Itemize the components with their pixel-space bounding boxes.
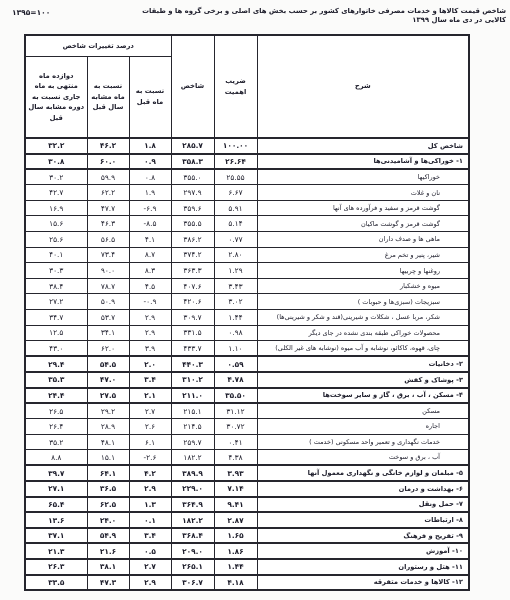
cell-description: سبزیجات (سبزی‌ها و حبوبات )	[257, 294, 469, 310]
table-row: ۴- مسکن ، آب ، برق ، گاز و سایر سوخت‌ها …	[25, 388, 469, 404]
cell-weight: ۳.۹۳	[214, 465, 257, 481]
table-row: ۳- پوشاک و کفش ۴.۷۸ ۳۱۰.۲ ۳.۴ ۴۷.۰ ۳۵.۳	[25, 372, 469, 388]
cell-index: ۳۸۹.۹	[171, 465, 214, 481]
cell-description: ماهی ها و صدف داران	[257, 232, 469, 248]
cell-vs-previous-month: ۶.۱	[129, 434, 171, 450]
table-row: خوراکیها ۲۵.۵۵ ۳۵۵.۰ ۰.۸ ۵۹.۹ ۳۰.۲	[25, 169, 469, 185]
cell-twelve-month-average: ۳۵.۲	[25, 434, 87, 450]
cell-twelve-month-average: ۳۴.۷	[25, 310, 87, 326]
cell-description: چای، قهوه، کاکائو، نوشابه و آب میوه (نوش…	[257, 341, 469, 357]
cell-vs-previous-month: -۶.۹	[129, 200, 171, 216]
cell-weight: ۱.۶۵	[214, 528, 257, 544]
table-row: ۷- حمل ونقل ۹.۴۱ ۳۶۴.۹ ۱.۳ ۶۲.۵ ۶۵.۴	[25, 497, 469, 513]
cell-twelve-month-average: ۳۵.۳	[25, 372, 87, 388]
table-row: ۲- دخانیات ۰.۵۹ ۴۴۰.۳ ۲.۰ ۵۴.۵ ۲۹.۴	[25, 356, 469, 372]
cell-description: ۴- مسکن ، آب ، برق ، گاز و سایر سوخت‌ها	[257, 388, 469, 404]
cell-weight: ۴.۷۸	[214, 372, 257, 388]
cell-vs-previous-month: ۲.۹	[129, 481, 171, 497]
cell-description: خوراکیها	[257, 169, 469, 185]
cell-weight: ۴.۳۸	[214, 450, 257, 466]
cell-twelve-month-average: ۴۲.۷	[25, 185, 87, 201]
cell-description: ۳- پوشاک و کفش	[257, 372, 469, 388]
cell-description: شیر، پنیر و تخم مرغ	[257, 247, 469, 263]
cell-description: محصولات خوراکی طبقه بندی نشده در جای دیگ…	[257, 325, 469, 341]
cell-weight: ۰.۵۹	[214, 356, 257, 372]
cell-index: ۲۱۱.۰	[171, 388, 214, 404]
cell-description: ۱۲- کالاها و خدمات متفرقه	[257, 575, 469, 591]
col-header-index: شاخص	[171, 35, 214, 138]
cell-weight: ۲.۸۷	[214, 512, 257, 528]
cell-description: ۶- بهداشت و درمان	[257, 481, 469, 497]
cell-vs-same-month-last-year: ۳۸.۱	[87, 559, 129, 575]
cell-weight: ۰.۹۸	[214, 325, 257, 341]
base-year-note: ۱۳۹۵=۱۰۰	[12, 8, 50, 17]
cell-vs-previous-month: ۲.۷	[129, 559, 171, 575]
cell-weight: ۳۱.۱۲	[214, 403, 257, 419]
cell-vs-same-month-last-year: ۷۳.۴	[87, 247, 129, 263]
col-header-vs-same-month-last-year: نسبت به ماه مشابه سال قبل	[87, 57, 129, 139]
document-sheet: شاخص قیمت کالاها و خدمات مصرفی خانوارهای…	[0, 0, 510, 600]
cell-index: ۱۸۲.۲	[171, 512, 214, 528]
cell-vs-previous-month: ۲.۱	[129, 388, 171, 404]
cell-vs-previous-month: ۲.۹	[129, 310, 171, 326]
table-row: شاخص کل ۱۰۰.۰۰ ۲۸۵.۷ ۱.۸ ۴۶.۲ ۳۲.۲	[25, 138, 469, 154]
cell-description: روغنها و چربیها	[257, 263, 469, 279]
cell-description: شکر، مربا عسل ، شکلات و شیرینی(قند و شکر…	[257, 310, 469, 326]
cell-vs-previous-month: ۳.۴	[129, 372, 171, 388]
cell-vs-previous-month: ۴.۱	[129, 232, 171, 248]
cell-weight: ۲۶.۶۴	[214, 154, 257, 170]
table-row: خدمات نگهداری و تعمیر واحد مسکونی (خدمت …	[25, 434, 469, 450]
page-title: شاخص قیمت کالاها و خدمات مصرفی خانوارهای…	[131, 7, 506, 25]
cell-index: ۲۸۵.۷	[171, 138, 214, 154]
cell-vs-same-month-last-year: ۶۴.۱	[87, 465, 129, 481]
cell-weight: ۳.۴۳	[214, 278, 257, 294]
cell-twelve-month-average: ۳۰.۳	[25, 263, 87, 279]
cell-weight: ۳۵.۵۰	[214, 388, 257, 404]
cell-vs-previous-month: ۴.۵	[129, 278, 171, 294]
cell-vs-same-month-last-year: ۵۳.۷	[87, 310, 129, 326]
cell-vs-previous-month: ۱.۹	[129, 185, 171, 201]
cell-weight: ۳.۰۲	[214, 294, 257, 310]
table-row: مسکن ۳۱.۱۲ ۲۱۵.۱ ۲.۷ ۲۹.۲ ۲۶.۵	[25, 403, 469, 419]
cell-vs-same-month-last-year: ۲۷.۵	[87, 388, 129, 404]
cell-twelve-month-average: ۲۹.۴	[25, 356, 87, 372]
cell-vs-same-month-last-year: ۴۷.۰	[87, 372, 129, 388]
cell-vs-same-month-last-year: ۶۲.۲	[87, 185, 129, 201]
cell-description: ۹- تفریح و فرهنگ	[257, 528, 469, 544]
cell-twelve-month-average: ۲۴.۴	[25, 388, 87, 404]
table-row: شکر، مربا عسل ، شکلات و شیرینی(قند و شکر…	[25, 310, 469, 326]
cell-index: ۳۸۶.۲	[171, 232, 214, 248]
cell-description: گوشت قرمز و گوشت ماکیان	[257, 216, 469, 232]
cell-vs-same-month-last-year: ۵۰.۹	[87, 294, 129, 310]
table-row: شیر، پنیر و تخم مرغ ۲.۸۰ ۳۷۴.۲ ۸.۷ ۷۳.۴ …	[25, 247, 469, 263]
document-header: شاخص قیمت کالاها و خدمات مصرفی خانوارهای…	[12, 7, 506, 25]
cell-description: ۵- مبلمان و لوازم خانگی و نگهداری معمول …	[257, 465, 469, 481]
cell-description: میوه و خشکبار	[257, 278, 469, 294]
table-row: گوشت قرمز و گوشت ماکیان ۵.۱۴ ۳۵۵.۵ -۸.۵ …	[25, 216, 469, 232]
cell-description: ۲- دخانیات	[257, 356, 469, 372]
cell-vs-same-month-last-year: ۶۰.۰	[87, 154, 129, 170]
cell-vs-previous-month: ۴.۲	[129, 465, 171, 481]
table-row: سبزیجات (سبزی‌ها و حبوبات ) ۳.۰۲ ۴۲۰.۶ -…	[25, 294, 469, 310]
cell-vs-same-month-last-year: ۳۴.۱	[87, 325, 129, 341]
cell-vs-same-month-last-year: ۴۶.۳	[87, 216, 129, 232]
table-row: محصولات خوراکی طبقه بندی نشده در جای دیگ…	[25, 325, 469, 341]
col-header-description: شرح	[257, 35, 469, 138]
table-row: ۸- ارتباطات ۲.۸۷ ۱۸۲.۲ ۰.۱ ۲۴.۰ ۱۳.۶	[25, 512, 469, 528]
cell-vs-previous-month: ۲.۹	[129, 325, 171, 341]
cell-vs-previous-month: -۰.۹	[129, 294, 171, 310]
cell-vs-same-month-last-year: ۲۸.۹	[87, 419, 129, 435]
cell-vs-previous-month: ۸.۳	[129, 263, 171, 279]
cell-index: ۲۶۵.۱	[171, 559, 214, 575]
table-row: ۱۱- هتل و رستوران ۱.۴۴ ۲۶۵.۱ ۲.۷ ۳۸.۱ ۲۶…	[25, 559, 469, 575]
cell-vs-same-month-last-year: ۶۲.۵	[87, 497, 129, 513]
col-header-vs-previous-month: نسبت به ماه قبل	[129, 57, 171, 139]
cell-vs-previous-month: ۲.۹	[129, 575, 171, 591]
cell-vs-same-month-last-year: ۶۲.۰	[87, 341, 129, 357]
cell-vs-same-month-last-year: ۳۶.۵	[87, 481, 129, 497]
cell-vs-same-month-last-year: ۴۷.۷	[87, 200, 129, 216]
cell-weight: ۱.۴۴	[214, 559, 257, 575]
cell-twelve-month-average: ۲۷.۱	[25, 481, 87, 497]
cell-weight: ۵.۱۴	[214, 216, 257, 232]
cell-vs-same-month-last-year: ۲۹.۲	[87, 403, 129, 419]
cell-index: ۳۷۴.۲	[171, 247, 214, 263]
cell-vs-same-month-last-year: ۵۹.۹	[87, 169, 129, 185]
cell-description: ۷- حمل ونقل	[257, 497, 469, 513]
cell-twelve-month-average: ۳۹.۷	[25, 465, 87, 481]
cell-twelve-month-average: ۲۵.۶	[25, 232, 87, 248]
cell-twelve-month-average: ۲۱.۳	[25, 543, 87, 559]
cell-vs-previous-month: ۰.۸	[129, 169, 171, 185]
cell-twelve-month-average: ۴۰.۱	[25, 247, 87, 263]
cell-weight: ۲۵.۵۵	[214, 169, 257, 185]
table-body: شاخص کل ۱۰۰.۰۰ ۲۸۵.۷ ۱.۸ ۴۶.۲ ۳۲.۲ ۱- خو…	[25, 138, 469, 590]
cell-index: ۱۸۲.۲	[171, 450, 214, 466]
cell-vs-previous-month: ۱.۳	[129, 497, 171, 513]
cell-vs-same-month-last-year: ۴۶.۲	[87, 138, 129, 154]
cell-twelve-month-average: ۱۲.۵	[25, 325, 87, 341]
cell-index: ۲۱۴.۵	[171, 419, 214, 435]
col-header-weight: ضریب اهمیت	[214, 35, 257, 138]
cell-vs-previous-month: -۲.۶	[129, 450, 171, 466]
table-row: چای، قهوه، کاکائو، نوشابه و آب میوه (نوش…	[25, 341, 469, 357]
cell-twelve-month-average: ۱۵.۶	[25, 216, 87, 232]
cell-twelve-month-average: ۲۶.۳	[25, 559, 87, 575]
cell-twelve-month-average: ۲۶.۵	[25, 403, 87, 419]
cell-index: ۳۵۵.۰	[171, 169, 214, 185]
cell-twelve-month-average: ۳۰.۸	[25, 154, 87, 170]
cell-weight: ۱.۸۶	[214, 543, 257, 559]
col-group-header-percent-changes: درصد تغییرات شاخص	[25, 35, 171, 57]
cell-twelve-month-average: ۱۳.۶	[25, 512, 87, 528]
cell-twelve-month-average: ۳۲.۲	[25, 138, 87, 154]
cell-vs-same-month-last-year: ۲۴.۰	[87, 512, 129, 528]
cell-vs-previous-month: ۲.۶	[129, 419, 171, 435]
cell-index: ۳۱۰.۲	[171, 372, 214, 388]
table-row: اجاره ۳۰.۷۲ ۲۱۴.۵ ۲.۶ ۲۸.۹ ۲۶.۴	[25, 419, 469, 435]
cell-twelve-month-average: ۲۶.۴	[25, 419, 87, 435]
cell-description: ۸- ارتباطات	[257, 512, 469, 528]
cell-vs-previous-month: ۲.۰	[129, 356, 171, 372]
cell-vs-previous-month: ۳.۹	[129, 341, 171, 357]
cell-weight: ۲.۸۰	[214, 247, 257, 263]
cell-vs-same-month-last-year: ۴۷.۳	[87, 575, 129, 591]
table-row: ۶- بهداشت و درمان ۷.۱۴ ۲۲۹.۰ ۲.۹ ۳۶.۵ ۲۷…	[25, 481, 469, 497]
cell-vs-previous-month: ۰.۹	[129, 154, 171, 170]
cell-description: شاخص کل	[257, 138, 469, 154]
cell-twelve-month-average: ۱۶.۹	[25, 200, 87, 216]
cell-description: ۱۰- آموزش	[257, 543, 469, 559]
cell-twelve-month-average: ۳۳.۵	[25, 575, 87, 591]
cell-weight: ۰.۴۱	[214, 434, 257, 450]
cell-description: ۱- خوراکی‌ها و آشامیدنی‌ها	[257, 154, 469, 170]
table-header: شرح ضریب اهمیت شاخص درصد تغییرات شاخص نس…	[25, 35, 469, 138]
table-row: آب ، برق و سوخت ۴.۳۸ ۱۸۲.۲ -۲.۶ ۱۵.۱ ۸.۸	[25, 450, 469, 466]
cell-description: خدمات نگهداری و تعمیر واحد مسکونی (خدمت …	[257, 434, 469, 450]
cell-vs-same-month-last-year: ۹۰.۰	[87, 263, 129, 279]
cell-vs-same-month-last-year: ۵۴.۵	[87, 356, 129, 372]
cell-twelve-month-average: ۳۸.۴	[25, 278, 87, 294]
cell-index: ۳۶۸.۴	[171, 528, 214, 544]
cell-description: آب ، برق و سوخت	[257, 450, 469, 466]
cell-vs-previous-month: ۸.۷	[129, 247, 171, 263]
cell-index: ۴۰۷.۶	[171, 278, 214, 294]
cell-index: ۳۳۱.۵	[171, 325, 214, 341]
cell-twelve-month-average: ۳۷.۱	[25, 528, 87, 544]
cell-vs-same-month-last-year: ۵۶.۵	[87, 232, 129, 248]
cell-weight: ۶.۶۷	[214, 185, 257, 201]
cell-index: ۳۵۹.۶	[171, 200, 214, 216]
col-header-twelve-month-average: دوازده ماه منتهی به ماه جاری نسبت به دور…	[25, 57, 87, 139]
cell-twelve-month-average: ۶۵.۴	[25, 497, 87, 513]
table-row: ماهی ها و صدف داران ۰.۷۷ ۳۸۶.۲ ۴.۱ ۵۶.۵ …	[25, 232, 469, 248]
table-row: میوه و خشکبار ۳.۴۳ ۴۰۷.۶ ۴.۵ ۷۸.۷ ۳۸.۴	[25, 278, 469, 294]
table-row: ۹- تفریح و فرهنگ ۱.۶۵ ۳۶۸.۴ ۳.۴ ۵۴.۹ ۳۷.…	[25, 528, 469, 544]
cell-index: ۳۶۳.۳	[171, 263, 214, 279]
cell-description: اجاره	[257, 419, 469, 435]
table-row: گوشت قرمز و سفید و فرآورده های آنها ۵.۹۱…	[25, 200, 469, 216]
cell-index: ۳۵۵.۵	[171, 216, 214, 232]
cell-vs-same-month-last-year: ۲۱.۶	[87, 543, 129, 559]
cell-vs-same-month-last-year: ۷۸.۷	[87, 278, 129, 294]
cell-weight: ۱.۴۴	[214, 310, 257, 326]
cell-vs-previous-month: ۰.۵	[129, 543, 171, 559]
table-row: روغنها و چربیها ۱.۲۹ ۳۶۳.۳ ۸.۳ ۹۰.۰ ۳۰.۳	[25, 263, 469, 279]
cell-weight: ۳۰.۷۲	[214, 419, 257, 435]
cell-index: ۳۰۶.۷	[171, 575, 214, 591]
cell-weight: ۷.۱۴	[214, 481, 257, 497]
cell-index: ۳۰۹.۷	[171, 310, 214, 326]
cell-index: ۲۹۷.۹	[171, 185, 214, 201]
cell-index: ۲۲۹.۰	[171, 481, 214, 497]
table-row: ۵- مبلمان و لوازم خانگی و نگهداری معمول …	[25, 465, 469, 481]
cell-index: ۴۴۰.۳	[171, 356, 214, 372]
cell-weight: ۱۰۰.۰۰	[214, 138, 257, 154]
cpi-table: شرح ضریب اهمیت شاخص درصد تغییرات شاخص نس…	[24, 34, 470, 591]
cell-vs-previous-month: ۳.۴	[129, 528, 171, 544]
cell-weight: ۰.۷۷	[214, 232, 257, 248]
cell-vs-same-month-last-year: ۱۵.۱	[87, 450, 129, 466]
cell-weight: ۴.۱۸	[214, 575, 257, 591]
cell-vs-same-month-last-year: ۴۸.۱	[87, 434, 129, 450]
cell-vs-previous-month: ۰.۱	[129, 512, 171, 528]
cell-weight: ۱.۱۰	[214, 341, 257, 357]
cell-index: ۴۳۳.۷	[171, 341, 214, 357]
cell-description: مسکن	[257, 403, 469, 419]
cell-description: گوشت قرمز و سفید و فرآورده های آنها	[257, 200, 469, 216]
cell-weight: ۹.۴۱	[214, 497, 257, 513]
cell-weight: ۵.۹۱	[214, 200, 257, 216]
cell-vs-previous-month: ۱.۸	[129, 138, 171, 154]
cell-vs-same-month-last-year: ۵۴.۹	[87, 528, 129, 544]
cell-vs-previous-month: ۲.۷	[129, 403, 171, 419]
table-row: ۱۲- کالاها و خدمات متفرقه ۴.۱۸ ۳۰۶.۷ ۲.۹…	[25, 575, 469, 591]
table-row: نان و غلات ۶.۶۷ ۲۹۷.۹ ۱.۹ ۶۲.۲ ۴۲.۷	[25, 185, 469, 201]
cell-index: ۲۱۵.۱	[171, 403, 214, 419]
cell-index: ۳۶۴.۹	[171, 497, 214, 513]
cell-index: ۴۲۰.۶	[171, 294, 214, 310]
cell-description: نان و غلات	[257, 185, 469, 201]
cell-index: ۲۵۹.۷	[171, 434, 214, 450]
cell-twelve-month-average: ۳۰.۲	[25, 169, 87, 185]
cell-vs-previous-month: -۸.۵	[129, 216, 171, 232]
cell-twelve-month-average: ۲۷.۲	[25, 294, 87, 310]
cell-index: ۳۵۸.۳	[171, 154, 214, 170]
cell-twelve-month-average: ۸.۸	[25, 450, 87, 466]
cell-weight: ۱.۲۹	[214, 263, 257, 279]
cell-description: ۱۱- هتل و رستوران	[257, 559, 469, 575]
table-row: ۱- خوراکی‌ها و آشامیدنی‌ها ۲۶.۶۴ ۳۵۸.۳ ۰…	[25, 154, 469, 170]
table-row: ۱۰- آموزش ۱.۸۶ ۲۰۹.۰ ۰.۵ ۲۱.۶ ۲۱.۳	[25, 543, 469, 559]
cell-twelve-month-average: ۴۳.۰	[25, 341, 87, 357]
cell-index: ۲۰۹.۰	[171, 543, 214, 559]
